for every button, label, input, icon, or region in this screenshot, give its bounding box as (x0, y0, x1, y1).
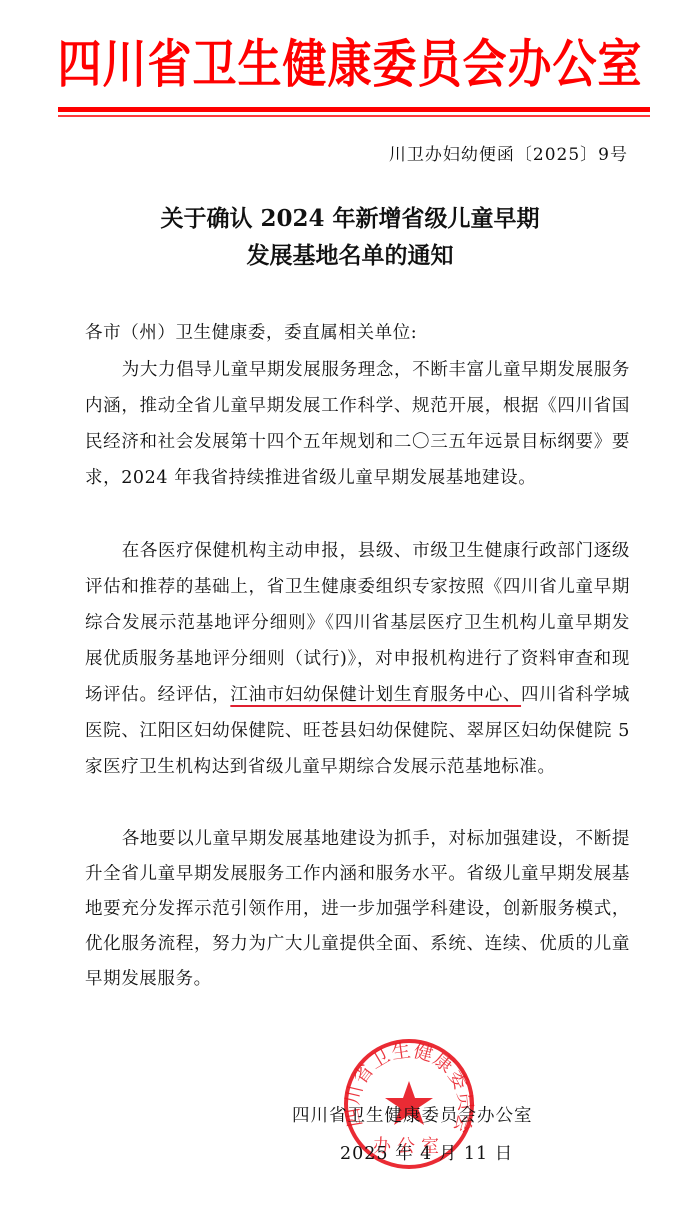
paragraph-3-text: 各地要以儿童早期发展基地建设为抓手，对标加强建设，不断提升全省儿童早期发展服务工… (85, 822, 630, 997)
highlighted-institution: 江油市妇幼保健计划生育服务中心、 (230, 685, 521, 705)
document-number: 川卫办妇幼便函〔2025〕9号 (389, 140, 628, 165)
title-line-1: 关于确认 2024 年新增省级儿童早期 (0, 200, 700, 237)
paragraph-2: 在各医疗保健机构主动申报，县级、市级卫生健康行政部门逐级评估和推荐的基础上，省卫… (85, 533, 630, 785)
paragraph-1-text: 为大力倡导儿童早期发展服务理念，不断丰富儿童早期发展服务内涵，推动全省儿童早期发… (85, 352, 630, 496)
paragraph-3: 各地要以儿童早期发展基地建设为抓手，对标加强建设，不断提升全省儿童早期发展服务工… (85, 822, 630, 997)
masthead-rule-thin (58, 115, 650, 117)
signature-date: 2025 年 4 月 11 日 (340, 1140, 513, 1165)
document-title: 关于确认 2024 年新增省级儿童早期 发展基地名单的通知 (0, 200, 700, 274)
masthead-rule-thick (58, 107, 650, 112)
paragraph-1: 为大力倡导儿童早期发展服务理念，不断丰富儿童早期发展服务内涵，推动全省儿童早期发… (85, 352, 630, 496)
paragraph-2-intro: 在各医疗保健机构主动申报，县级、市级卫生健康行政部门逐级评估和推荐的基础上，省卫… (85, 541, 630, 705)
masthead-title: 四川省卫生健康委员会办公室 (0, 30, 700, 101)
salutation: 各市（州）卫生健康委，委直属相关单位: (85, 319, 417, 344)
paragraph-2-text: 在各医疗保健机构主动申报，县级、市级卫生健康行政部门逐级评估和推荐的基础上，省卫… (85, 533, 630, 785)
title-line-2: 发展基地名单的通知 (0, 237, 700, 274)
signature-org: 四川省卫生健康委员会办公室 (292, 1102, 533, 1127)
